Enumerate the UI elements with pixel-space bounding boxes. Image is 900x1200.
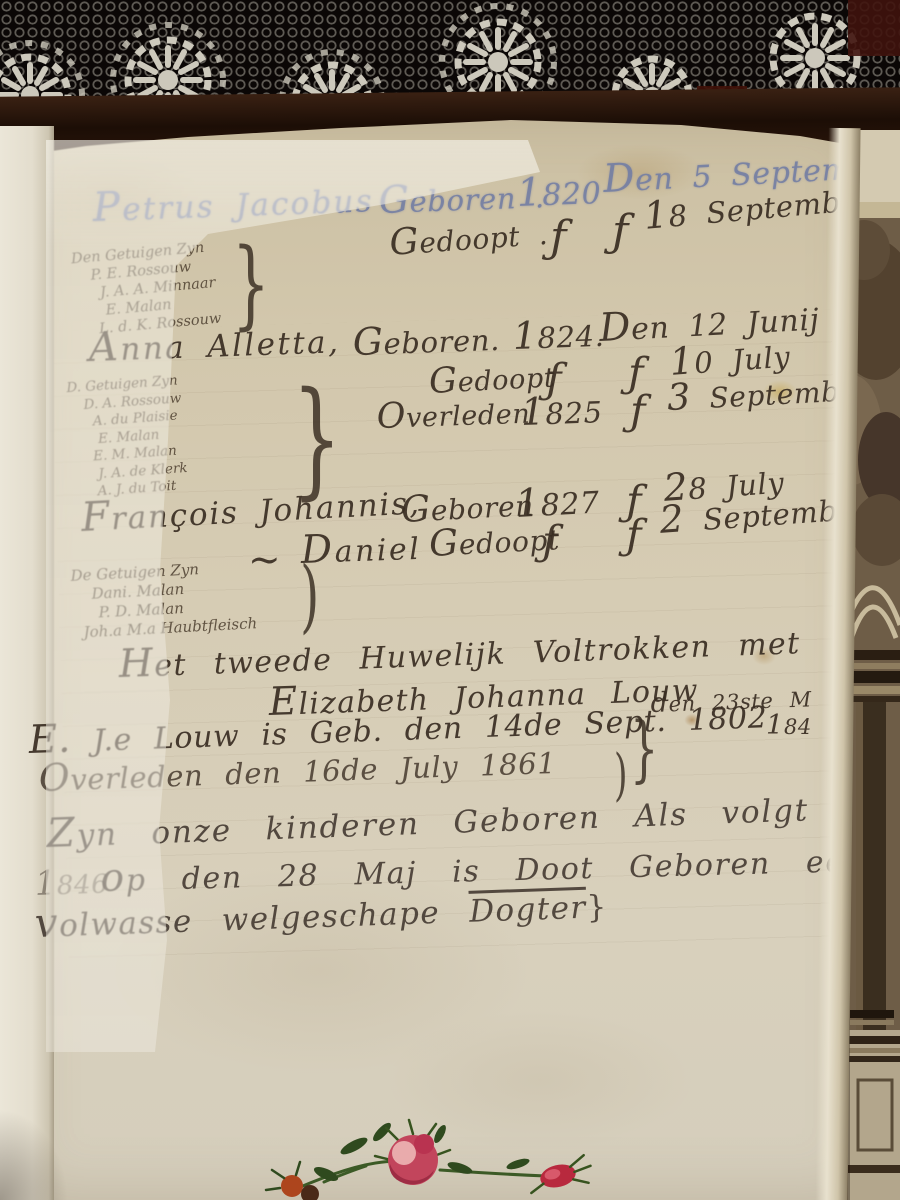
entry3-ditto-b: ƒ	[626, 510, 642, 559]
entry2-geboren-label: Geboren.	[352, 315, 500, 364]
entry3-ditto-a: ƒ	[542, 516, 558, 565]
entry2-overleden-label: Overleden	[376, 391, 531, 437]
entry2-witness-list: D. Getuigen Zyn D. A. Rossouw A. du Plai…	[66, 372, 189, 502]
gutter-shadow	[0, 1030, 80, 1200]
entry3-witness-paren: )	[300, 556, 319, 636]
entry2-overleden-year: 1825	[520, 387, 603, 434]
entry2-overleden-ditto: ƒ	[630, 386, 646, 435]
photo-of-family-register-page: Petrus Jacobus Geboren . 1820 Den 5 Sept…	[0, 0, 900, 1200]
entry1-name: Petrus Jacobus	[92, 174, 374, 231]
entry3-gedoopt-label: Gedoopt	[428, 515, 561, 565]
entry3-witness-list: De Getuigen Zyn Dani. Malan P. D. Malan …	[70, 557, 258, 643]
entry2-name: Anna Alletta,	[88, 315, 341, 371]
marriage-line2-year: 184	[766, 710, 812, 741]
entry1-ditto-b: ƒ	[612, 206, 629, 257]
children-line3-word: Dogter	[469, 890, 588, 930]
entry1-geboren-year: 1820	[516, 168, 602, 216]
marriage-line3-brace: }	[630, 712, 658, 784]
entry1-ditto-a: ƒ	[550, 212, 567, 263]
entry2-geboren-year: 1824.	[512, 311, 605, 358]
rose-illustration	[228, 1116, 682, 1200]
engraving-pedestal	[848, 1030, 900, 1200]
maroon-book-corner	[848, 0, 900, 56]
children-line3-brace: }	[586, 889, 608, 926]
children-line2-year: 1846	[34, 861, 109, 903]
